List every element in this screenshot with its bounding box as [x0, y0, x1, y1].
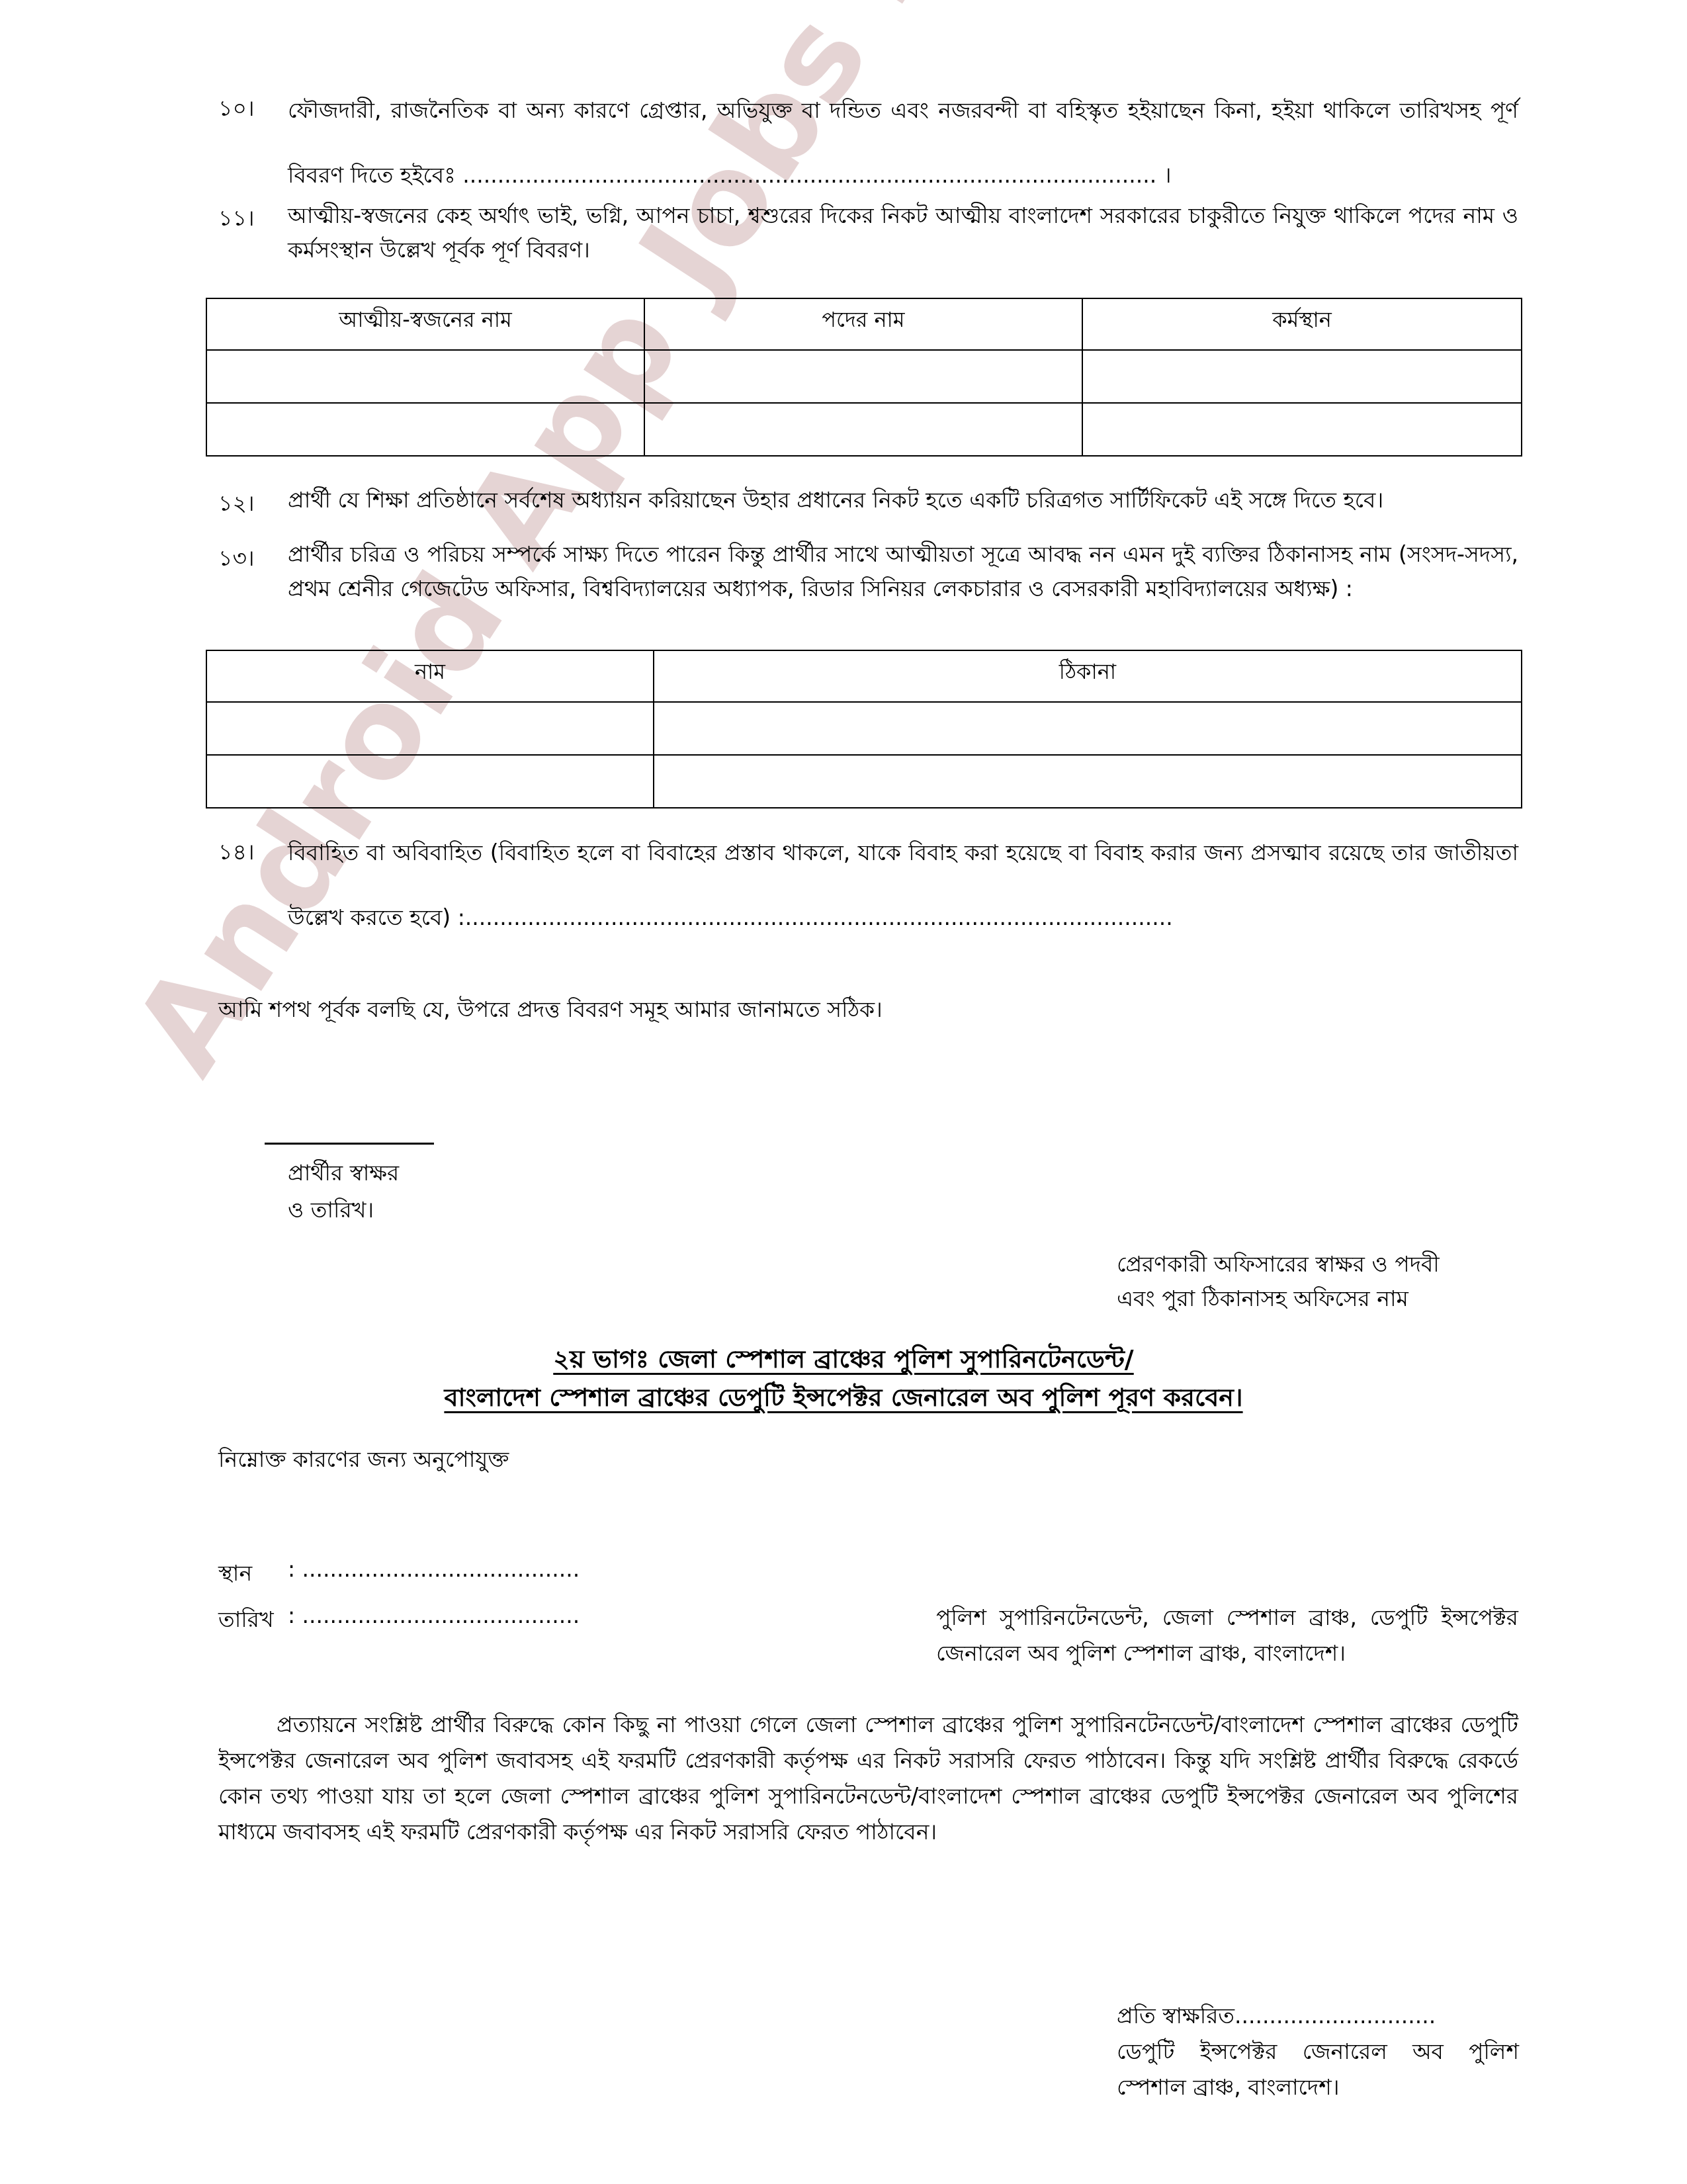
table-cell[interactable] — [206, 702, 654, 755]
table-row — [206, 702, 1522, 755]
item-text: আত্মীয়-স্বজনের কেহ অর্থাৎ ভাই, ভগ্নি, আ… — [288, 198, 1518, 267]
declaration: আমি শপথ পূর্বক বলছি যে, উপরে প্রদত্ত বিব… — [218, 992, 883, 1029]
place-label: স্থান — [218, 1556, 252, 1593]
item-number: ১৩। — [218, 541, 278, 578]
table-row — [206, 755, 1522, 808]
table-cell[interactable] — [206, 350, 644, 403]
instruction-paragraph: প্রত্যায়নে সংশ্লিষ্ট প্রার্থীর বিরুদ্ধে… — [218, 1707, 1518, 1850]
column-header: আত্মীয়-স্বজনের নাম — [206, 298, 644, 350]
candidate-signature-block: প্রার্থীর স্বাক্ষর ও তারিখ। — [288, 1155, 399, 1229]
relatives-table: আত্মীয়-স্বজনের নাম পদের নাম কর্মস্থান — [206, 298, 1522, 457]
table-cell[interactable] — [1082, 403, 1522, 456]
table-cell[interactable] — [206, 403, 644, 456]
part2-heading: ২য় ভাগঃ জেলা স্পেশাল ব্রাঞ্চের পুলিশ সু… — [0, 1340, 1687, 1417]
part2-heading-line2: বাংলাদেশ স্পেশাল ব্রাঞ্চের ডেপুটি ইন্সপে… — [444, 1383, 1242, 1412]
place-field[interactable]: : ......................................… — [288, 1556, 580, 1582]
column-header: কর্মস্থান — [1082, 298, 1522, 350]
item-text: ফৌজদারী, রাজনৈতিক বা অন্য কারণে গ্রেপ্তা… — [288, 78, 1518, 208]
table-cell[interactable] — [654, 702, 1522, 755]
signature-line — [265, 1143, 434, 1145]
countersign-office: স্পেশাল ব্রাঞ্চ, বাংলাদেশ। — [1117, 2070, 1519, 2105]
column-header: ঠিকানা — [654, 650, 1522, 702]
unsuitable-reason-label: নিম্নোক্ত কারণের জন্য অনুপোযুক্ত — [218, 1442, 509, 1479]
countersign-block: প্রতি স্বাক্ষরিত........................… — [1117, 1998, 1519, 2105]
item-text: প্রার্থী যে শিক্ষা প্রতিষ্ঠানে সর্বশেষ অ… — [288, 483, 1518, 517]
item-number: ১১। — [218, 201, 278, 238]
sending-officer-line1: প্রেরণকারী অফিসারের স্বাক্ষর ও পদবী — [1117, 1247, 1440, 1282]
table-cell[interactable] — [654, 755, 1522, 808]
date-label: তারিখ — [218, 1602, 274, 1639]
item-number: ১০। — [218, 91, 278, 128]
item-number: ১৪। — [218, 835, 278, 872]
column-header: পদের নাম — [644, 298, 1082, 350]
referees-table: নাম ঠিকানা — [206, 650, 1522, 808]
sending-officer-line2: এবং পুরা ঠিকানাসহ অফিসের নাম — [1117, 1282, 1440, 1316]
item-text: প্রার্থীর চরিত্র ও পরিচয় সম্পর্কে সাক্ষ… — [288, 537, 1518, 606]
sending-officer-block: প্রেরণকারী অফিসারের স্বাক্ষর ও পদবী এবং … — [1117, 1247, 1440, 1316]
item-number: ১২। — [218, 486, 278, 523]
table-cell[interactable] — [1082, 350, 1522, 403]
candidate-signature-label: প্রার্থীর স্বাক্ষর — [288, 1155, 399, 1192]
countersign-line: প্রতি স্বাক্ষরিত........................… — [1117, 1998, 1519, 2034]
table-row — [206, 350, 1522, 403]
table-cell[interactable] — [644, 403, 1082, 456]
date-field[interactable]: : ......................................… — [288, 1602, 580, 1628]
table-cell[interactable] — [644, 350, 1082, 403]
part2-heading-line1: ২য় ভাগঃ জেলা স্পেশাল ব্রাঞ্চের পুলিশ সু… — [553, 1344, 1133, 1374]
candidate-date-label: ও তারিখ। — [288, 1192, 399, 1229]
table-row — [206, 403, 1522, 456]
sp-signature-block: পুলিশ সুপারিনটেনডেন্ট, জেলা স্পেশাল ব্রা… — [936, 1600, 1518, 1671]
countersign-title: ডেপুটি ইন্সপেক্টর জেনারেল অব পুলিশ — [1117, 2034, 1519, 2070]
column-header: নাম — [206, 650, 654, 702]
table-cell[interactable] — [206, 755, 654, 808]
item-text: বিবাহিত বা অবিবাহিত (বিবাহিত হলে বা বিবা… — [288, 820, 1518, 950]
